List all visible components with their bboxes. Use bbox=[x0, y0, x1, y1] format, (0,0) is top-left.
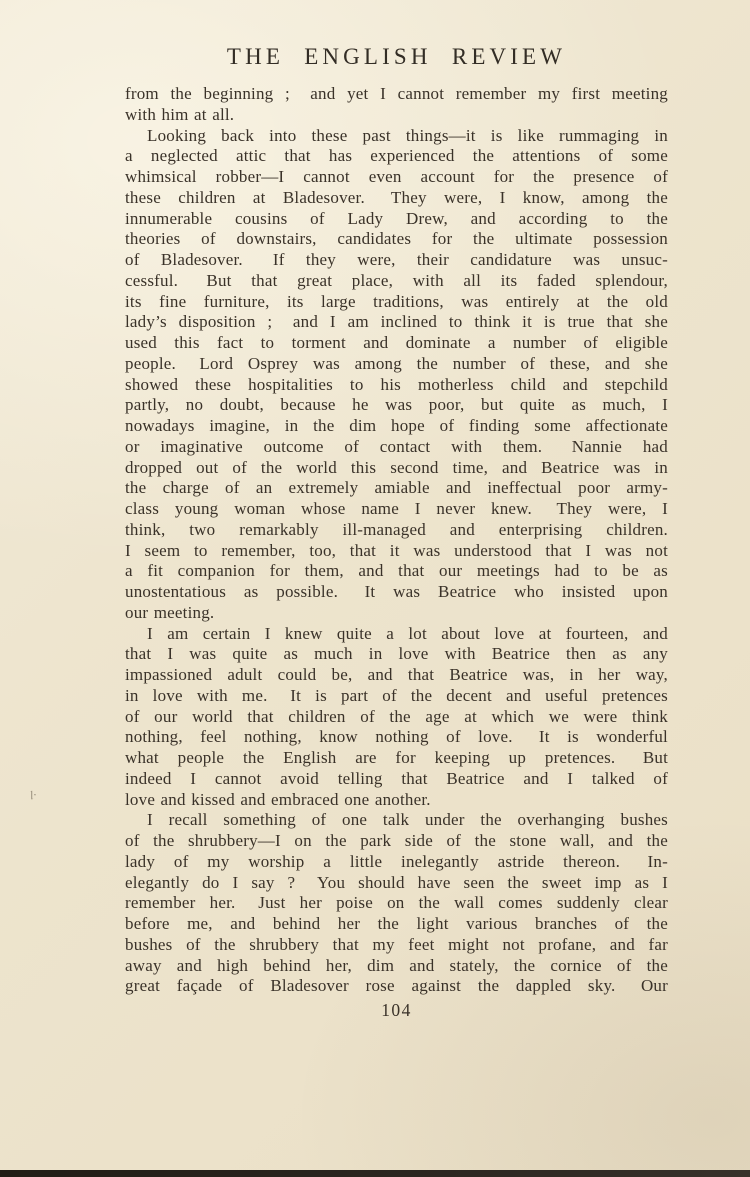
text-line: or imaginative outcome of contact with t… bbox=[125, 437, 668, 458]
text-line: from the beginning ; and yet I cannot re… bbox=[125, 84, 668, 105]
scan-bottom-edge bbox=[0, 1170, 750, 1177]
text-line: in love with me. It is part of the decen… bbox=[125, 686, 668, 707]
body-text: from the beginning ; and yet I cannot re… bbox=[125, 84, 668, 997]
text-line: a neglected attic that has experienced t… bbox=[125, 146, 668, 167]
text-line: of the shrubbery—I on the park side of t… bbox=[125, 831, 668, 852]
text-line: its fine furniture, its large traditions… bbox=[125, 292, 668, 313]
text-line: bushes of the shrubbery that my feet mig… bbox=[125, 935, 668, 956]
text-line: the charge of an extremely amiable and i… bbox=[125, 478, 668, 499]
text-line: used this fact to torment and dominate a… bbox=[125, 333, 668, 354]
running-head: THE ENGLISH REVIEW bbox=[125, 44, 668, 70]
text-line: these children at Bladesover. They were,… bbox=[125, 188, 668, 209]
text-line: what people the English are for keeping … bbox=[125, 748, 668, 769]
paragraph: I am certain I knew quite a lot about lo… bbox=[125, 624, 668, 811]
text-line: that I was quite as much in love with Be… bbox=[125, 644, 668, 665]
pencil-mark: l· bbox=[29, 788, 38, 804]
text-line: showed these hospitalities to his mother… bbox=[125, 375, 668, 396]
paragraph: from the beginning ; and yet I cannot re… bbox=[125, 84, 668, 126]
text-line: innumerable cousins of Lady Drew, and ac… bbox=[125, 209, 668, 230]
text-line: lady’s disposition ; and I am inclined t… bbox=[125, 312, 668, 333]
text-line: I am certain I knew quite a lot about lo… bbox=[125, 624, 668, 645]
text-line: dropped out of the world this second tim… bbox=[125, 458, 668, 479]
text-line: class young woman whose name I never kne… bbox=[125, 499, 668, 520]
text-line: nothing, feel nothing, know nothing of l… bbox=[125, 727, 668, 748]
paragraph: I recall something of one talk under the… bbox=[125, 810, 668, 997]
paragraph: Looking back into these past things—it i… bbox=[125, 126, 668, 624]
text-line: people. Lord Osprey was among the number… bbox=[125, 354, 668, 375]
text-line: unostentatious as possible. It was Beatr… bbox=[125, 582, 668, 603]
text-line: our meeting. bbox=[125, 603, 668, 624]
text-line: partly, no doubt, because he was poor, b… bbox=[125, 395, 668, 416]
text-line: theories of downstairs, candidates for t… bbox=[125, 229, 668, 250]
text-line: love and kissed and embraced one another… bbox=[125, 790, 668, 811]
book-page: THE ENGLISH REVIEW from the beginning ; … bbox=[0, 0, 750, 1177]
text-line: before me, and behind her the light vari… bbox=[125, 914, 668, 935]
text-line: whimsical robber—I cannot even account f… bbox=[125, 167, 668, 188]
text-line: cessful. But that great place, with all … bbox=[125, 271, 668, 292]
text-line: a fit companion for them, and that our m… bbox=[125, 561, 668, 582]
text-line: indeed I cannot avoid telling that Beatr… bbox=[125, 769, 668, 790]
text-line: great façade of Bladesover rose against … bbox=[125, 976, 668, 997]
page-number: 104 bbox=[125, 1000, 668, 1021]
text-line: away and high behind her, dim and statel… bbox=[125, 956, 668, 977]
text-line: Looking back into these past things—it i… bbox=[125, 126, 668, 147]
text-line: with him at all. bbox=[125, 105, 668, 126]
text-line: think, two remarkably ill-managed and en… bbox=[125, 520, 668, 541]
text-line: lady of my worship a little inelegantly … bbox=[125, 852, 668, 873]
text-line: nowadays imagine, in the dim hope of fin… bbox=[125, 416, 668, 437]
text-line: remember her. Just her poise on the wall… bbox=[125, 893, 668, 914]
text-line: I recall something of one talk under the… bbox=[125, 810, 668, 831]
text-line: of our world that children of the age at… bbox=[125, 707, 668, 728]
text-line: of Bladesover. If they were, their candi… bbox=[125, 250, 668, 271]
text-line: I seem to remember, too, that it was und… bbox=[125, 541, 668, 562]
text-line: elegantly do I say ? You should have see… bbox=[125, 873, 668, 894]
text-line: impassioned adult could be, and that Bea… bbox=[125, 665, 668, 686]
